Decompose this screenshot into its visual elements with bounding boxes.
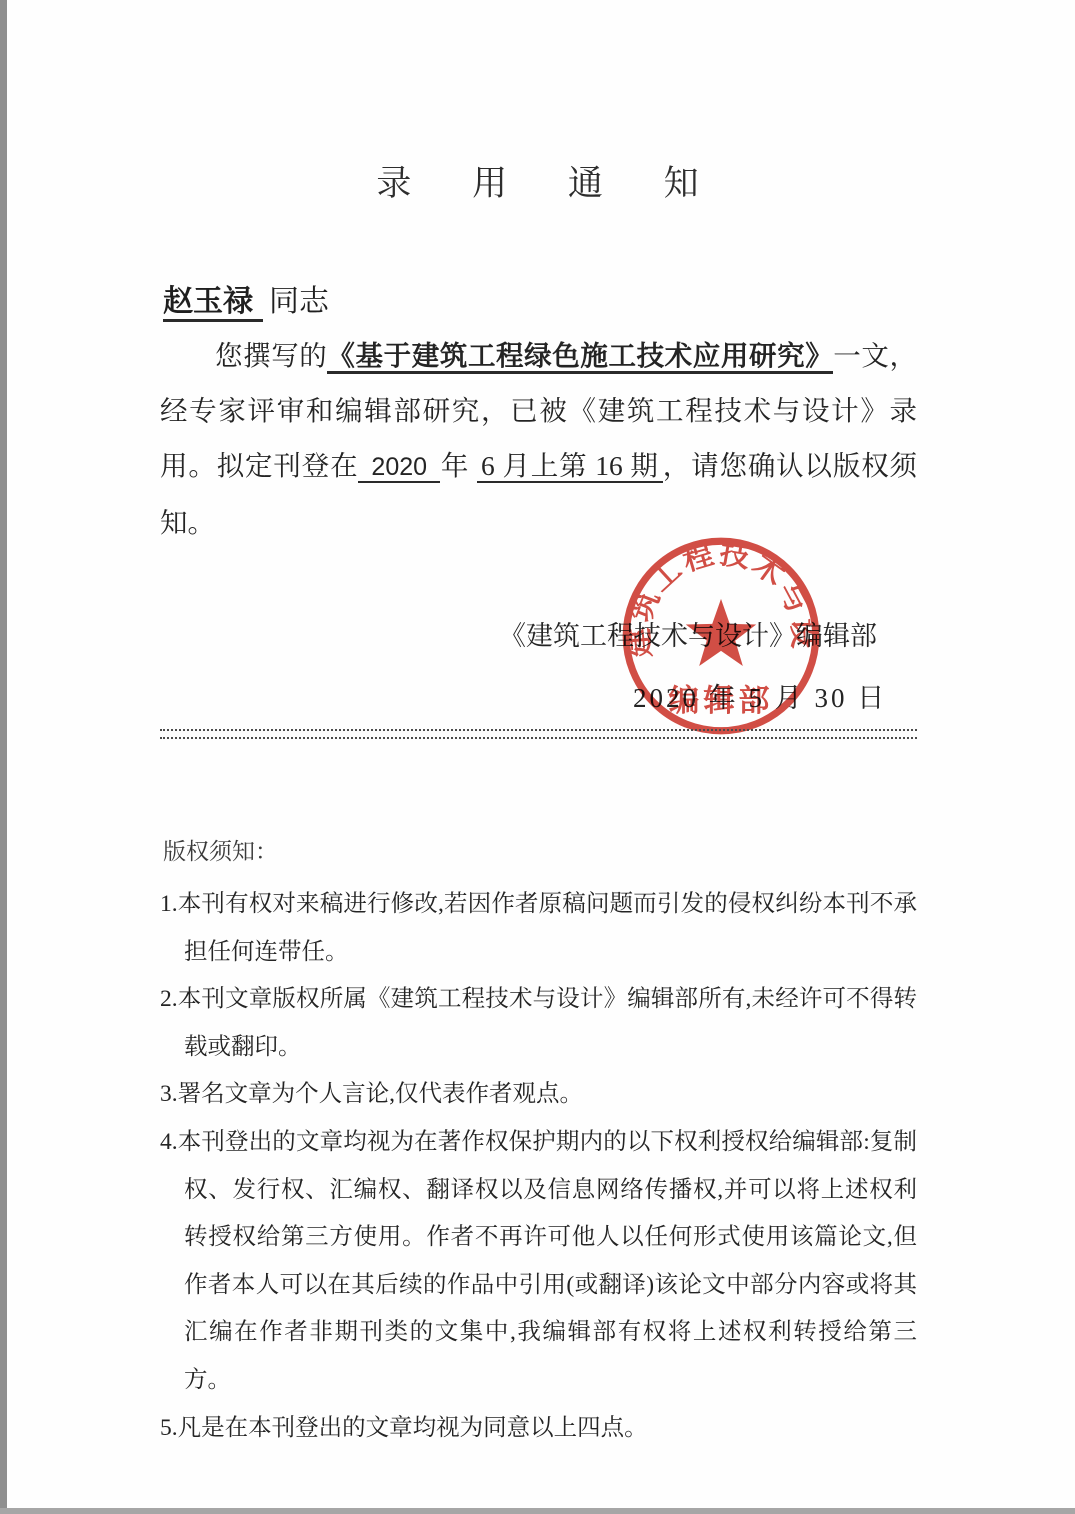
copyright-item-4: 4.本刊登出的文章均视为在著作权保护期内的以下权利授权给编辑部:复制权、发行权、… bbox=[160, 1119, 917, 1405]
editorial-office-seal: 建筑工程技术与设计 编辑部 bbox=[618, 534, 824, 740]
recipient-line: 赵玉禄同志 bbox=[163, 276, 329, 320]
recipient-name: 赵玉禄 bbox=[163, 285, 263, 322]
year-suffix: 年 bbox=[440, 450, 469, 481]
copyright-heading: 版权须知： bbox=[163, 833, 278, 866]
seal-center-text: 编辑部 bbox=[668, 683, 773, 718]
scan-edge-bottom bbox=[0, 1508, 1075, 1514]
dotted-separator bbox=[160, 729, 917, 739]
page-title: 录 用 通 知 bbox=[0, 156, 1075, 206]
body-lead: 您撰写的 bbox=[215, 340, 327, 371]
recipient-honorific: 同志 bbox=[269, 285, 329, 318]
copyright-item-3: 3.署名文章为个人言论,仅代表作者观点。 bbox=[160, 1071, 917, 1119]
acceptance-notice-page: 录 用 通 知 赵玉禄同志 您撰写的《基于建筑工程绿色施工技术应用研究》一文，经… bbox=[0, 0, 1075, 1514]
copyright-list: 1.本刊有权对来稿进行修改,若因作者原稿问题而引发的侵权纠纷本刊不承担任何连带任… bbox=[160, 881, 917, 1452]
copyright-item-1: 1.本刊有权对来稿进行修改,若因作者原稿问题而引发的侵权纠纷本刊不承担任何连带任… bbox=[160, 881, 917, 976]
issue-blank: 6 月上第 16 期 bbox=[477, 450, 663, 483]
copyright-item-5: 5.凡是在本刊登出的文章均视为同意以上四点。 bbox=[160, 1405, 917, 1453]
notice-body-paragraph: 您撰写的《基于建筑工程绿色施工技术应用研究》一文，经专家评审和编辑部研究，已被《… bbox=[160, 328, 917, 550]
seal-star-icon bbox=[686, 599, 756, 666]
scan-edge-left bbox=[0, 0, 7, 1514]
year-blank: 2020 bbox=[358, 453, 440, 483]
copyright-item-2: 2.本刊文章版权所属《建筑工程技术与设计》编辑部所有,未经许可不得转载或翻印。 bbox=[160, 976, 917, 1071]
article-title: 《基于建筑工程绿色施工技术应用研究》 bbox=[327, 340, 833, 374]
